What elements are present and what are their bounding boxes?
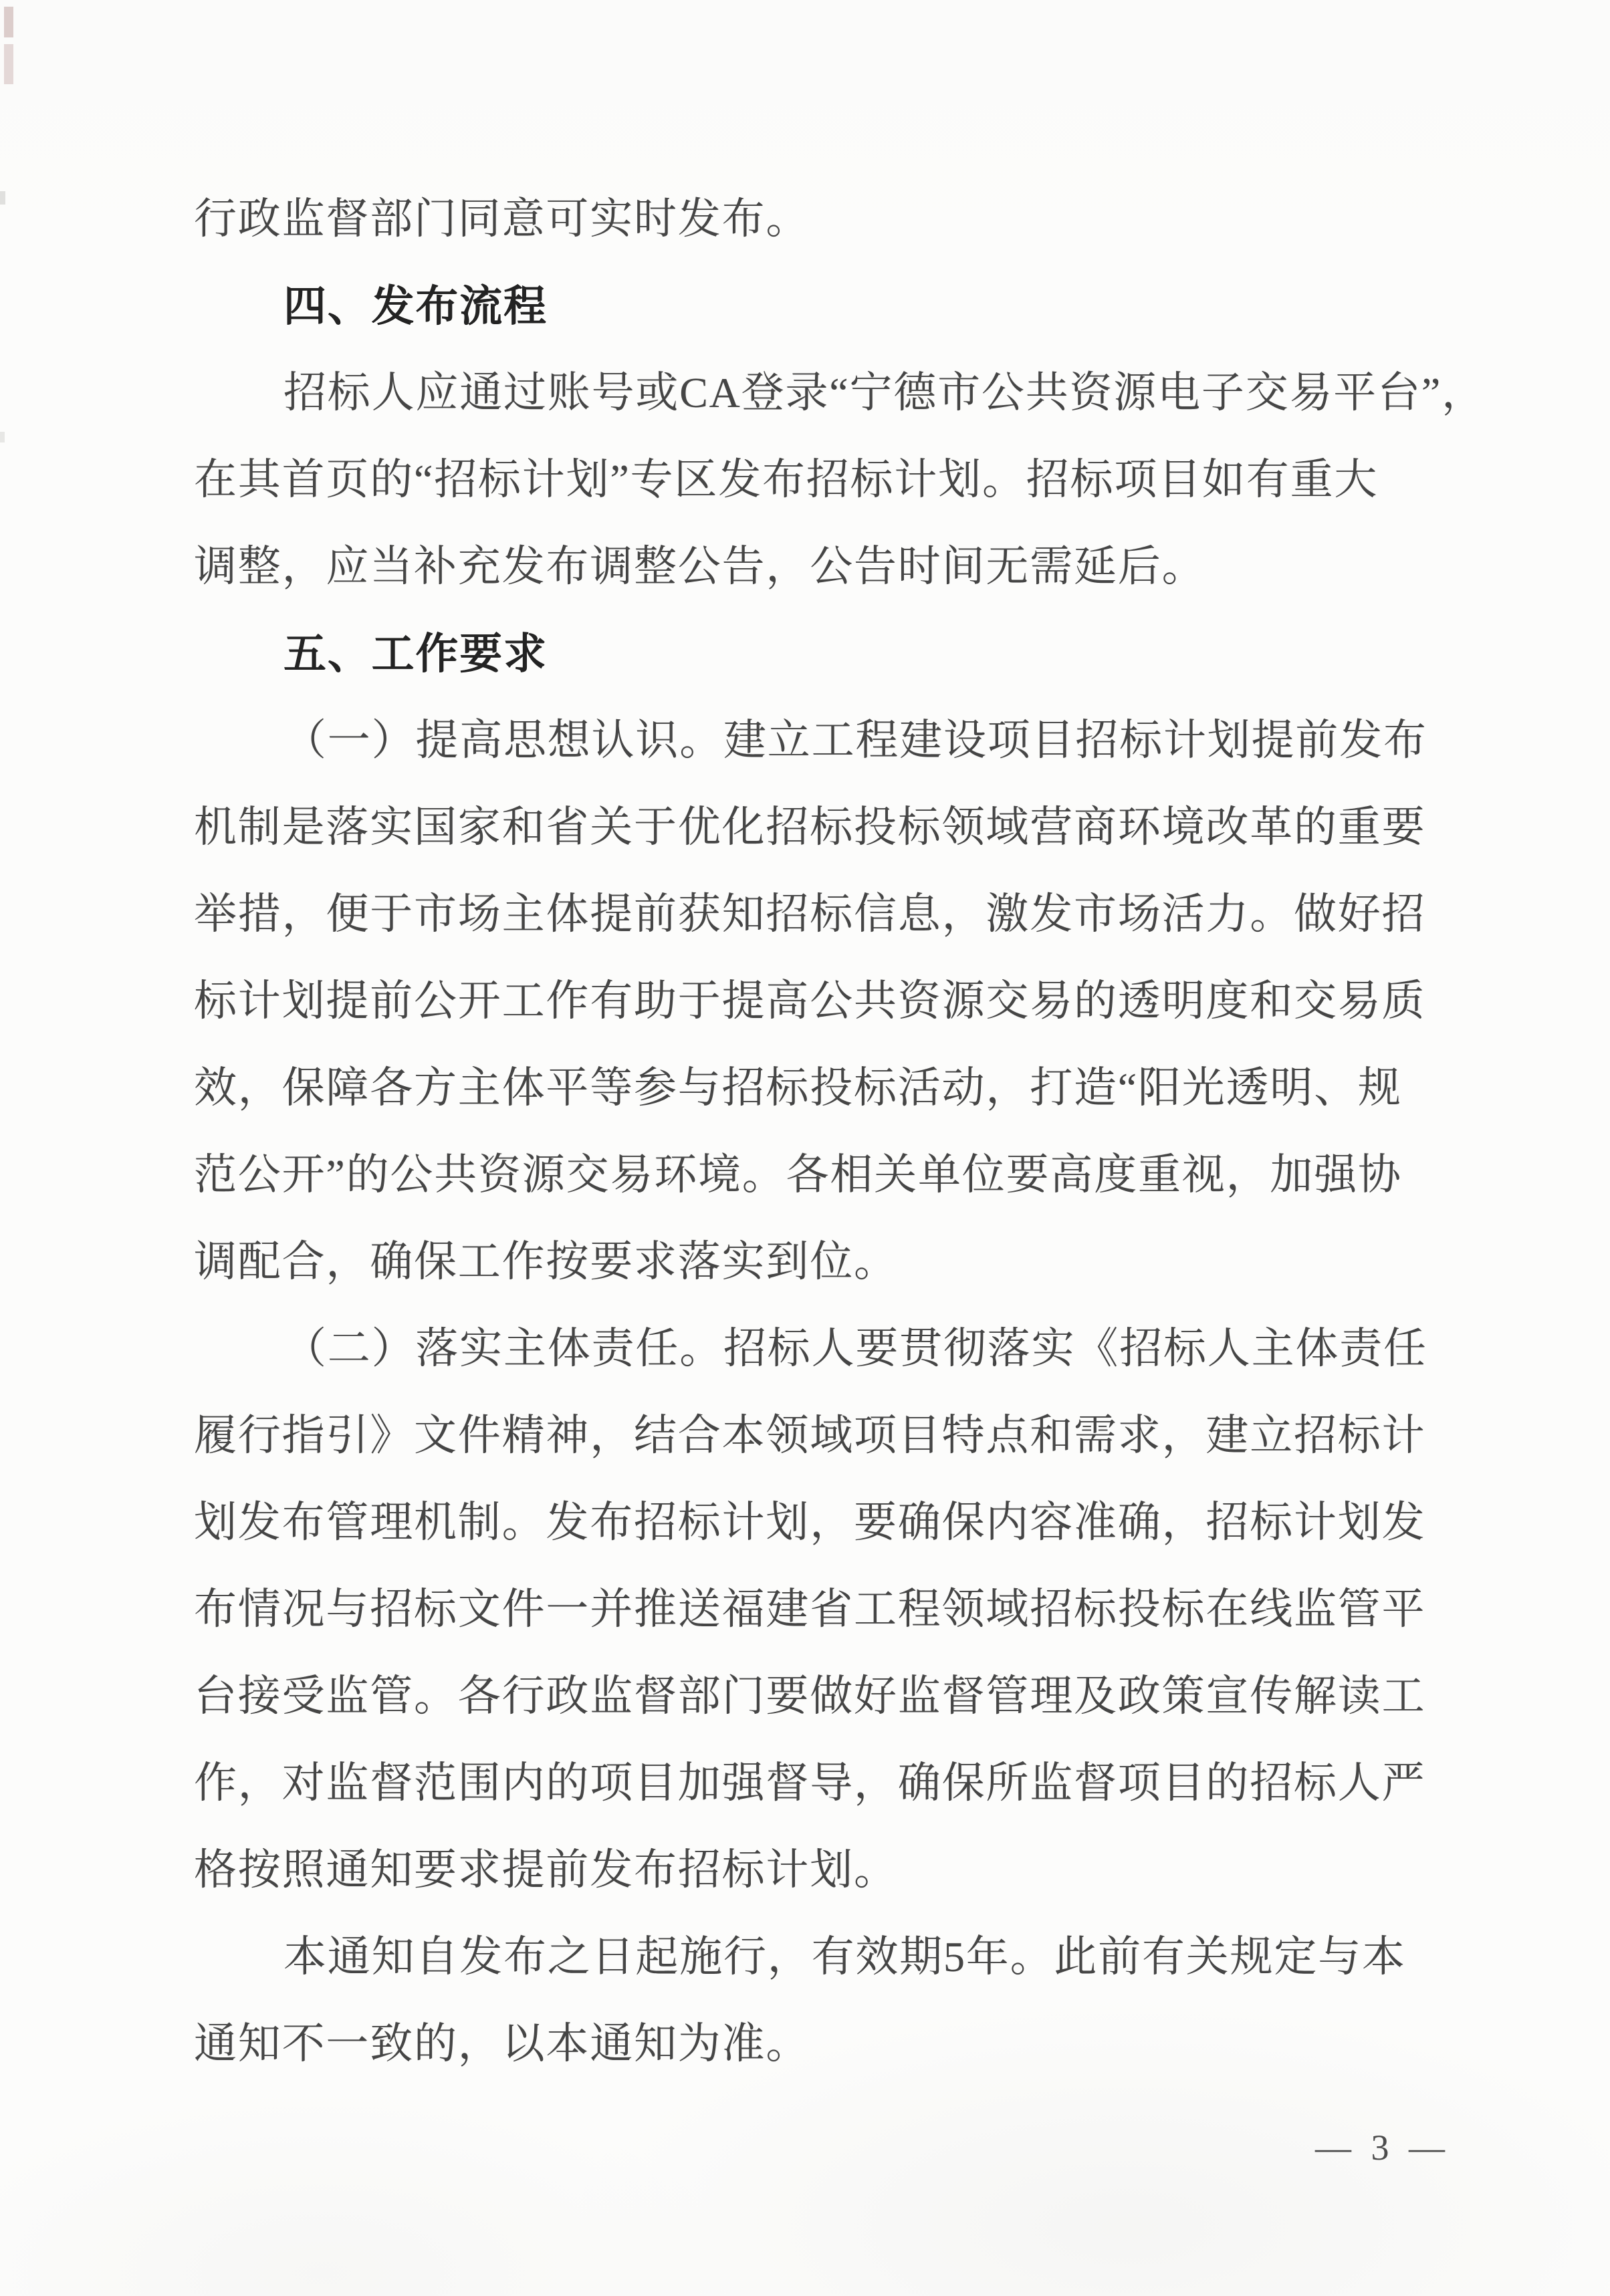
text-line: 招标人应通过账号或CA登录“宁德市公共资源电子交易平台”， [194,350,1424,436]
scan-artifact-edge [0,432,5,442]
text-line: 调配合，确保工作按要求落实到位。 [194,1219,1424,1305]
scan-artifact-corner [4,44,13,84]
text-line: 行政监督部门同意可实时发布。 [194,176,1424,263]
text-line: 调整，应当补充发布调整公告，公告时间无需延后。 [194,523,1424,610]
text-line: 格按照通知要求提前发布招标计划。 [194,1827,1424,1914]
text-line: 布情况与招标文件一并推送福建省工程领域招标投标在线监管平 [194,1566,1424,1653]
section-heading: 四、发布流程 [194,263,1424,350]
page-number: — 3 — [1302,2124,1463,2171]
scan-artifact-corner [4,7,13,37]
section-heading: 五、工作要求 [194,610,1424,697]
text-line: 通知不一致的，以本通知为准。 [194,2001,1424,2087]
text-line: 机制是落实国家和省关于优化招标投标领域营商环境改革的重要 [194,784,1424,871]
text-line: 范公开”的公共资源交易环境。各相关单位要高度重视，加强协 [194,1132,1424,1219]
scan-artifact-edge [0,191,5,205]
text-line: 划发布管理机制。发布招标计划，要确保内容准确，招标计划发 [194,1479,1424,1566]
text-line: 作，对监督范围内的项目加强督导，确保所监督项目的招标人严 [194,1740,1424,1827]
text-line: （二）落实主体责任。招标人要贯彻落实《招标人主体责任 [194,1305,1424,1392]
text-line: 履行指引》文件精神，结合本领域项目特点和需求，建立招标计 [194,1392,1424,1479]
text-line: （一）提高思想认识。建立工程建设项目招标计划提前发布 [194,697,1424,784]
text-line: 举措，便于市场主体提前获知招标信息，激发市场活力。做好招 [194,871,1424,958]
text-line: 标计划提前公开工作有助于提高公共资源交易的透明度和交易质 [194,958,1424,1045]
text-line: 在其首页的“招标计划”专区发布招标计划。招标项目如有重大 [194,436,1424,523]
text-line: 本通知自发布之日起施行，有效期5年。此前有关规定与本 [194,1914,1424,2001]
document-body: 行政监督部门同意可实时发布。四、发布流程招标人应通过账号或CA登录“宁德市公共资… [194,176,1424,2087]
text-line: 台接受监管。各行政监督部门要做好监督管理及政策宣传解读工 [194,1653,1424,1740]
text-line: 效，保障各方主体平等参与招标投标活动，打造“阳光透明、规 [194,1045,1424,1132]
